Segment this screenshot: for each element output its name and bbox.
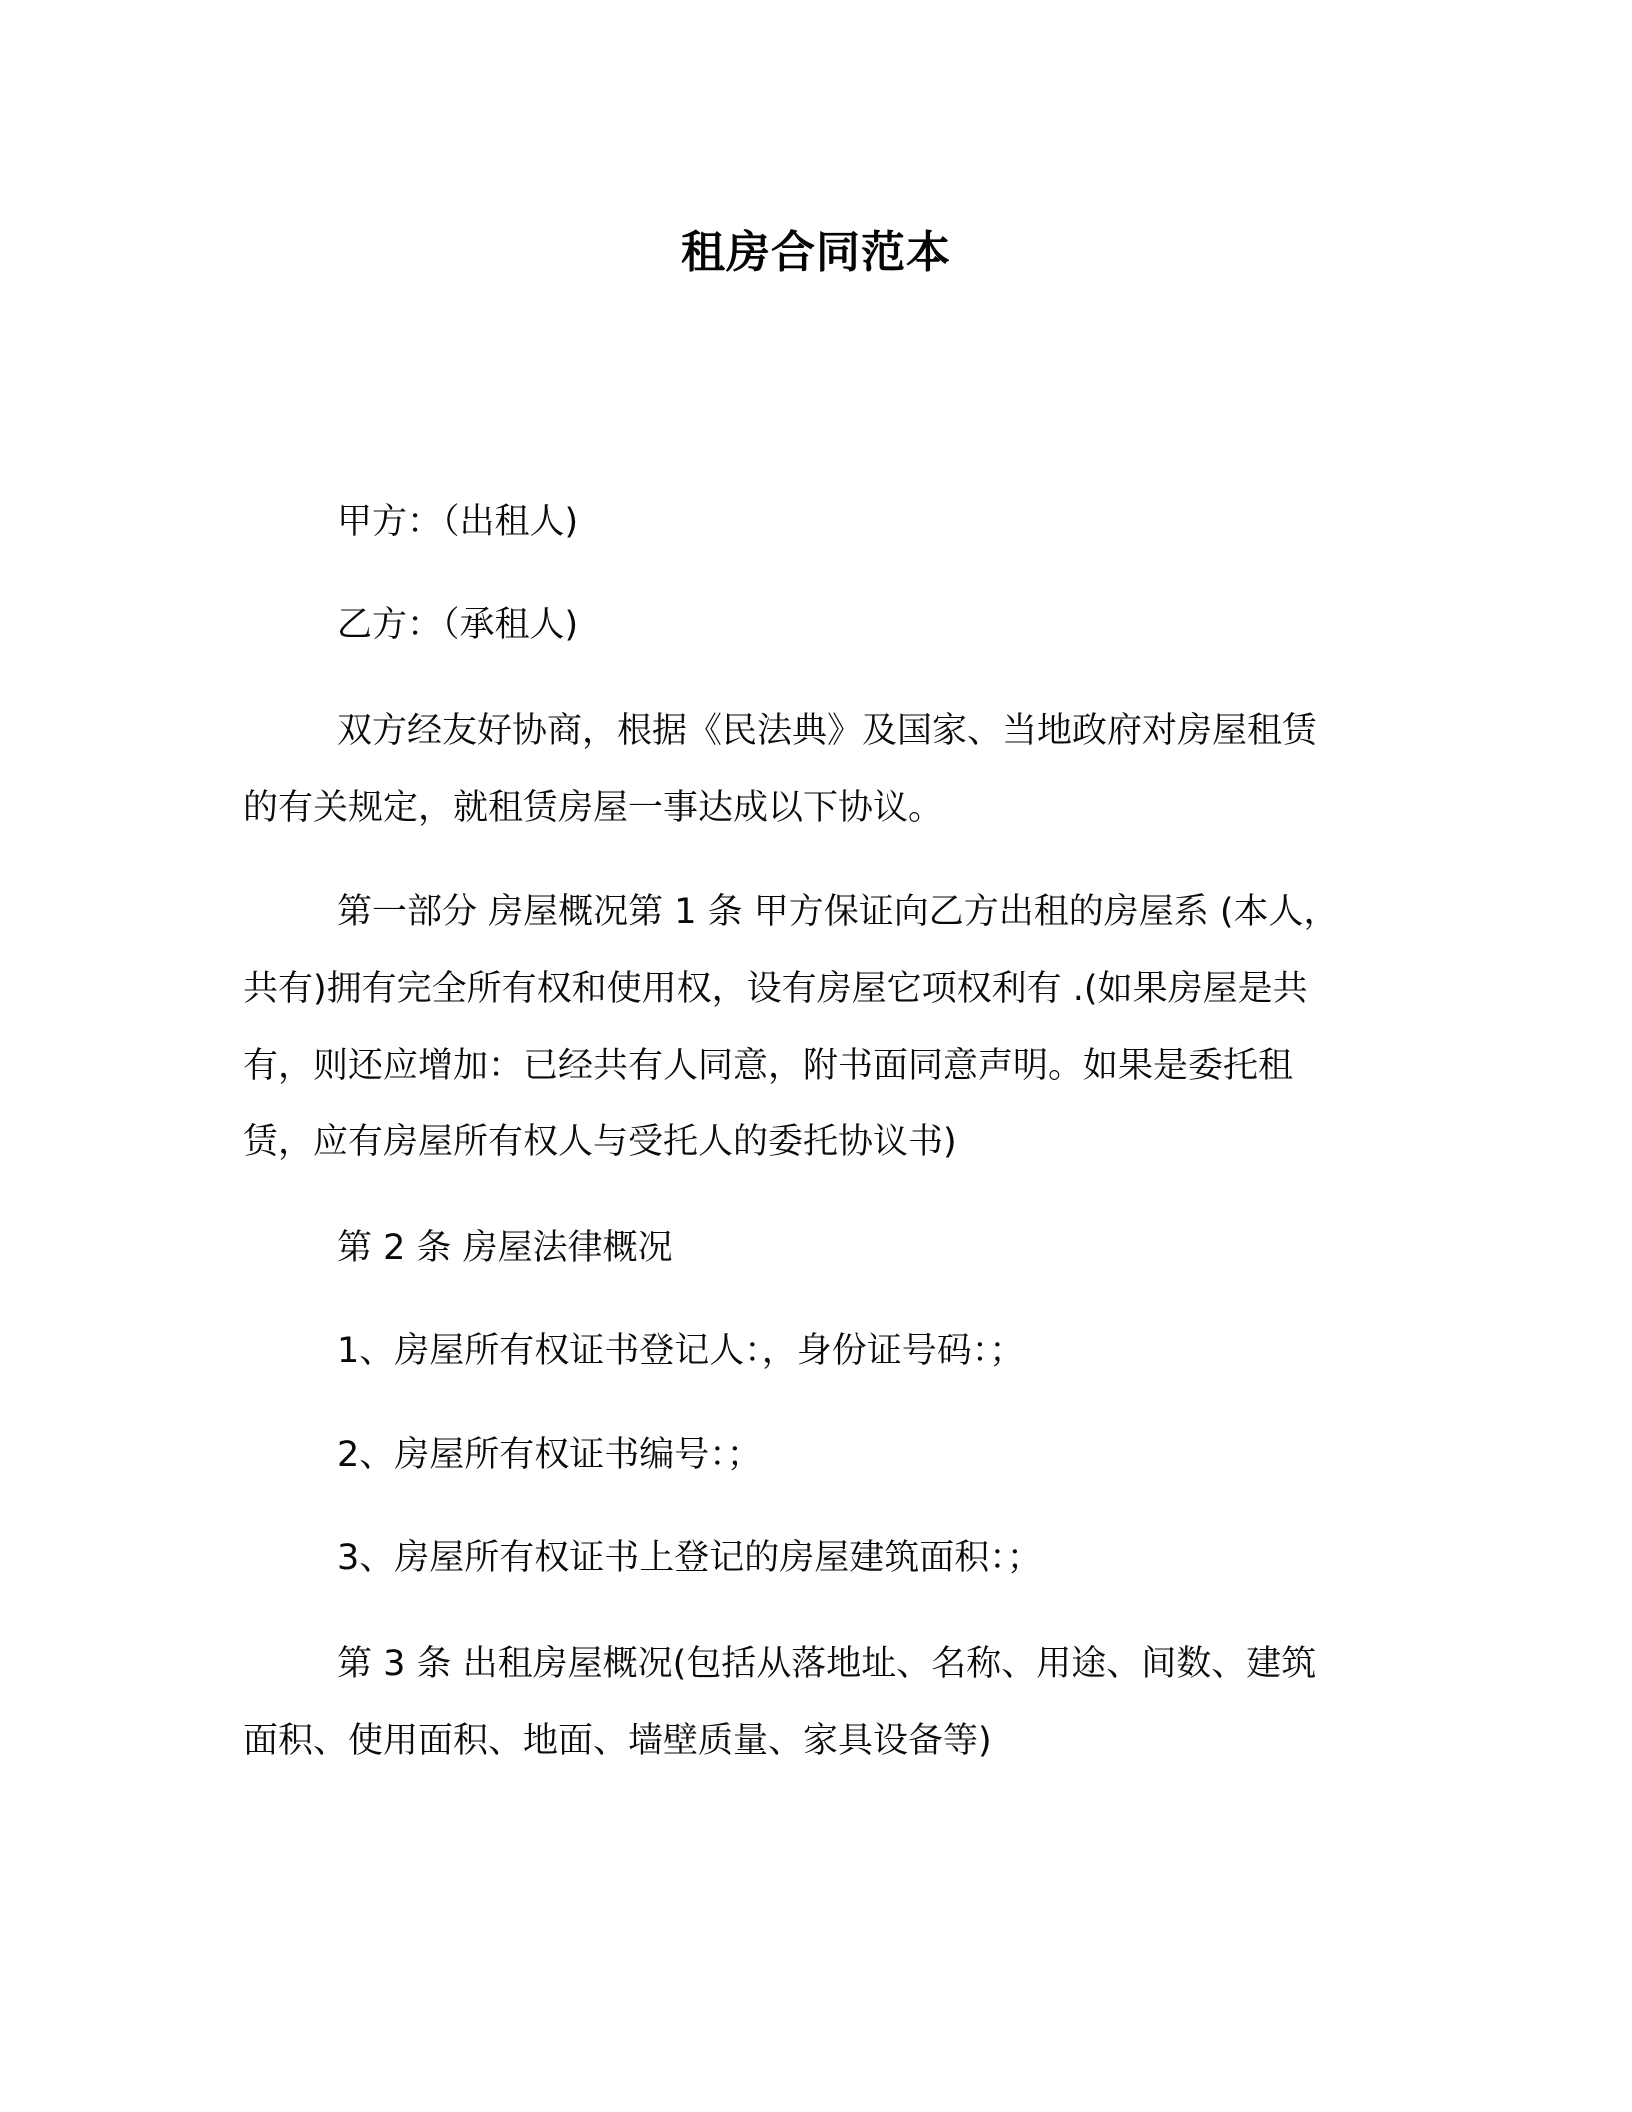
article-2-item: 3、房屋所有权证书上登记的房屋建筑面积：；	[337, 1536, 1042, 1580]
part-one-line: 有，则还应增加：已经共有人同意，附书面同意声明。如果是委托租	[243, 1044, 1293, 1088]
party-a-line: 甲方：（出租人)	[337, 500, 578, 544]
article-2-item: 2、房屋所有权证书编号：；	[337, 1433, 762, 1477]
party-b-line: 乙方：（承租人)	[337, 603, 578, 647]
article-2-heading: 第 2 条 房屋法律概况	[337, 1226, 673, 1270]
part-one-line: 共有)拥有完全所有权和使用权，设有房屋它项权利有 .(如果房屋是共	[243, 967, 1308, 1011]
part-one-line: 赁，应有房屋所有权人与受托人的委托协议书)	[243, 1120, 957, 1164]
article-3-line: 面积、使用面积、地面、墙壁质量、家具设备等)	[243, 1719, 992, 1763]
article-3-line: 第 3 条 出租房屋概况(包括从落地址、名称、用途、间数、建筑	[337, 1642, 1316, 1686]
part-one-line: 第一部分 房屋概况第 1 条 甲方保证向乙方出租的房屋系 (本人，	[337, 890, 1339, 934]
preamble-line: 的有关规定，就租赁房屋一事达成以下协议。	[243, 786, 943, 830]
document-title: 租房合同范本	[0, 226, 1632, 280]
document-page: 租房合同范本 甲方：（出租人) 乙方：（承租人) 双方经友好协商，根据《民法典》…	[0, 0, 1632, 2112]
article-2-item: 1、房屋所有权证书登记人：，身份证号码：；	[337, 1329, 1024, 1373]
preamble-line: 双方经友好协商，根据《民法典》及国家、当地政府对房屋租赁	[337, 709, 1317, 753]
